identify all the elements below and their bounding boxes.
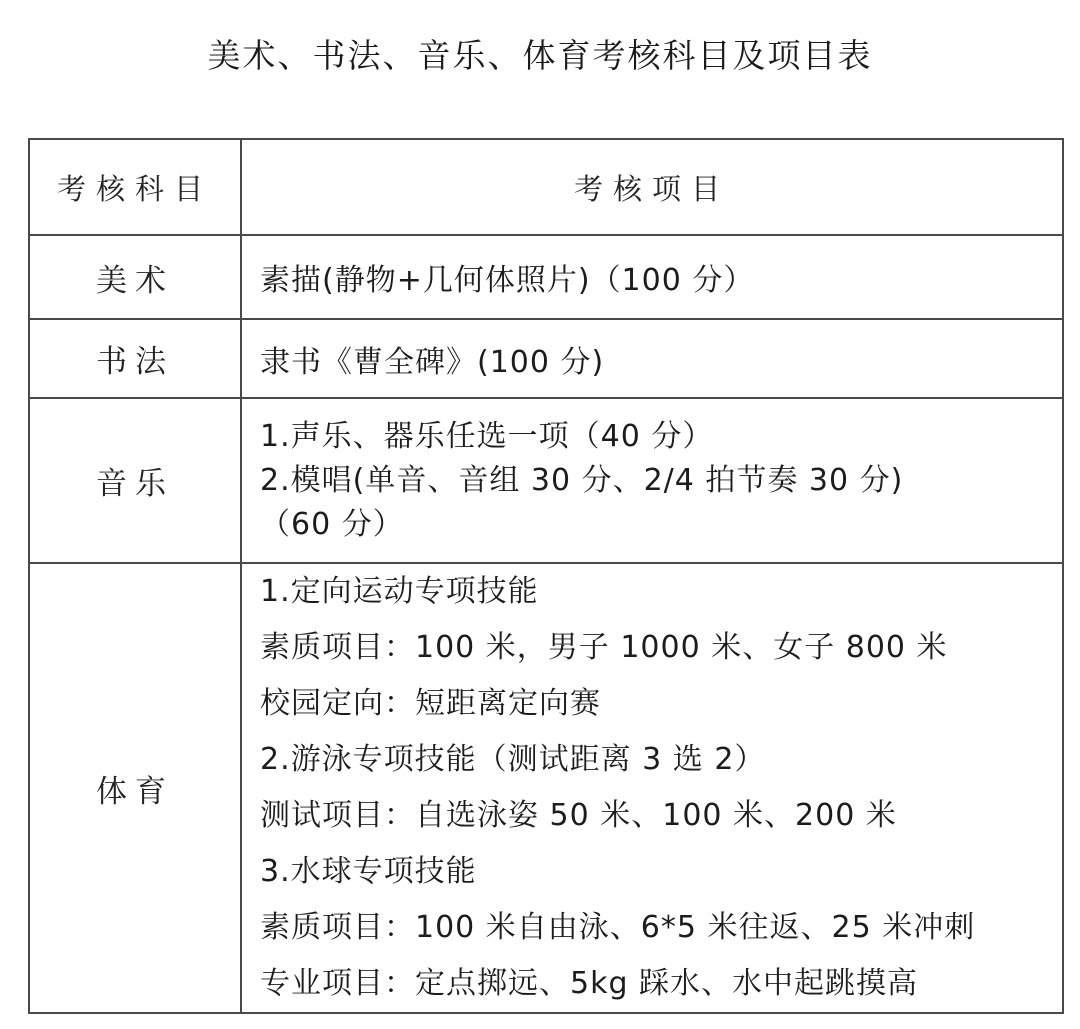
item-line: 校园定向：短距离定向赛: [260, 676, 1062, 732]
items-cell: 隶书《曹全碑》(100 分): [241, 319, 1063, 398]
items-cell: 1.定向运动专项技能 素质项目：100 米，男子 1000 米、女子 800 米…: [241, 563, 1063, 1013]
subject-cell: 书法: [29, 319, 241, 398]
table-row-art: 美术 素描(静物+几何体照片)（100 分）: [29, 235, 1063, 319]
item-line: 1.定向运动专项技能: [260, 564, 1062, 620]
item-line: （60 分）: [260, 503, 1062, 547]
item-line: 素描(静物+几何体照片)（100 分）: [260, 255, 1062, 299]
item-line: 隶书《曹全碑》(100 分): [260, 337, 1062, 381]
table-header-row: 考核科目 考核项目: [29, 139, 1063, 235]
subject-cell: 音乐: [29, 398, 241, 563]
exam-subjects-table: 考核科目 考核项目 美术 素描(静物+几何体照片)（100 分） 书法 隶书《曹…: [28, 138, 1064, 1014]
item-line: 1.声乐、器乐任选一项（40 分）: [260, 415, 1062, 459]
header-items: 考核项目: [241, 139, 1063, 235]
items-cell: 素描(静物+几何体照片)（100 分）: [241, 235, 1063, 319]
table-row-pe: 体育 1.定向运动专项技能 素质项目：100 米，男子 1000 米、女子 80…: [29, 563, 1063, 1013]
item-line: 2.游泳专项技能（测试距离 3 选 2）: [260, 732, 1062, 788]
items-cell: 1.声乐、器乐任选一项（40 分） 2.模唱(单音、音组 30 分、2/4 拍节…: [241, 398, 1063, 563]
item-line: 素质项目：100 米，男子 1000 米、女子 800 米: [260, 620, 1062, 676]
subject-cell: 美术: [29, 235, 241, 319]
item-line: 2.模唱(单音、音组 30 分、2/4 拍节奏 30 分): [260, 459, 1062, 503]
item-line: 素质项目：100 米自由泳、6*5 米往返、25 米冲刺: [260, 900, 1062, 956]
header-subject: 考核科目: [29, 139, 241, 235]
item-line: 测试项目：自选泳姿 50 米、100 米、200 米: [260, 788, 1062, 844]
item-line: 专业项目：定点掷远、5kg 踩水、水中起跳摸高: [260, 956, 1062, 1012]
table-row-calligraphy: 书法 隶书《曹全碑》(100 分): [29, 319, 1063, 398]
item-line: 3.水球专项技能: [260, 844, 1062, 900]
table-row-music: 音乐 1.声乐、器乐任选一项（40 分） 2.模唱(单音、音组 30 分、2/4…: [29, 398, 1063, 563]
document-title: 美术、书法、音乐、体育考核科目及项目表: [0, 30, 1080, 77]
subject-cell: 体育: [29, 563, 241, 1013]
